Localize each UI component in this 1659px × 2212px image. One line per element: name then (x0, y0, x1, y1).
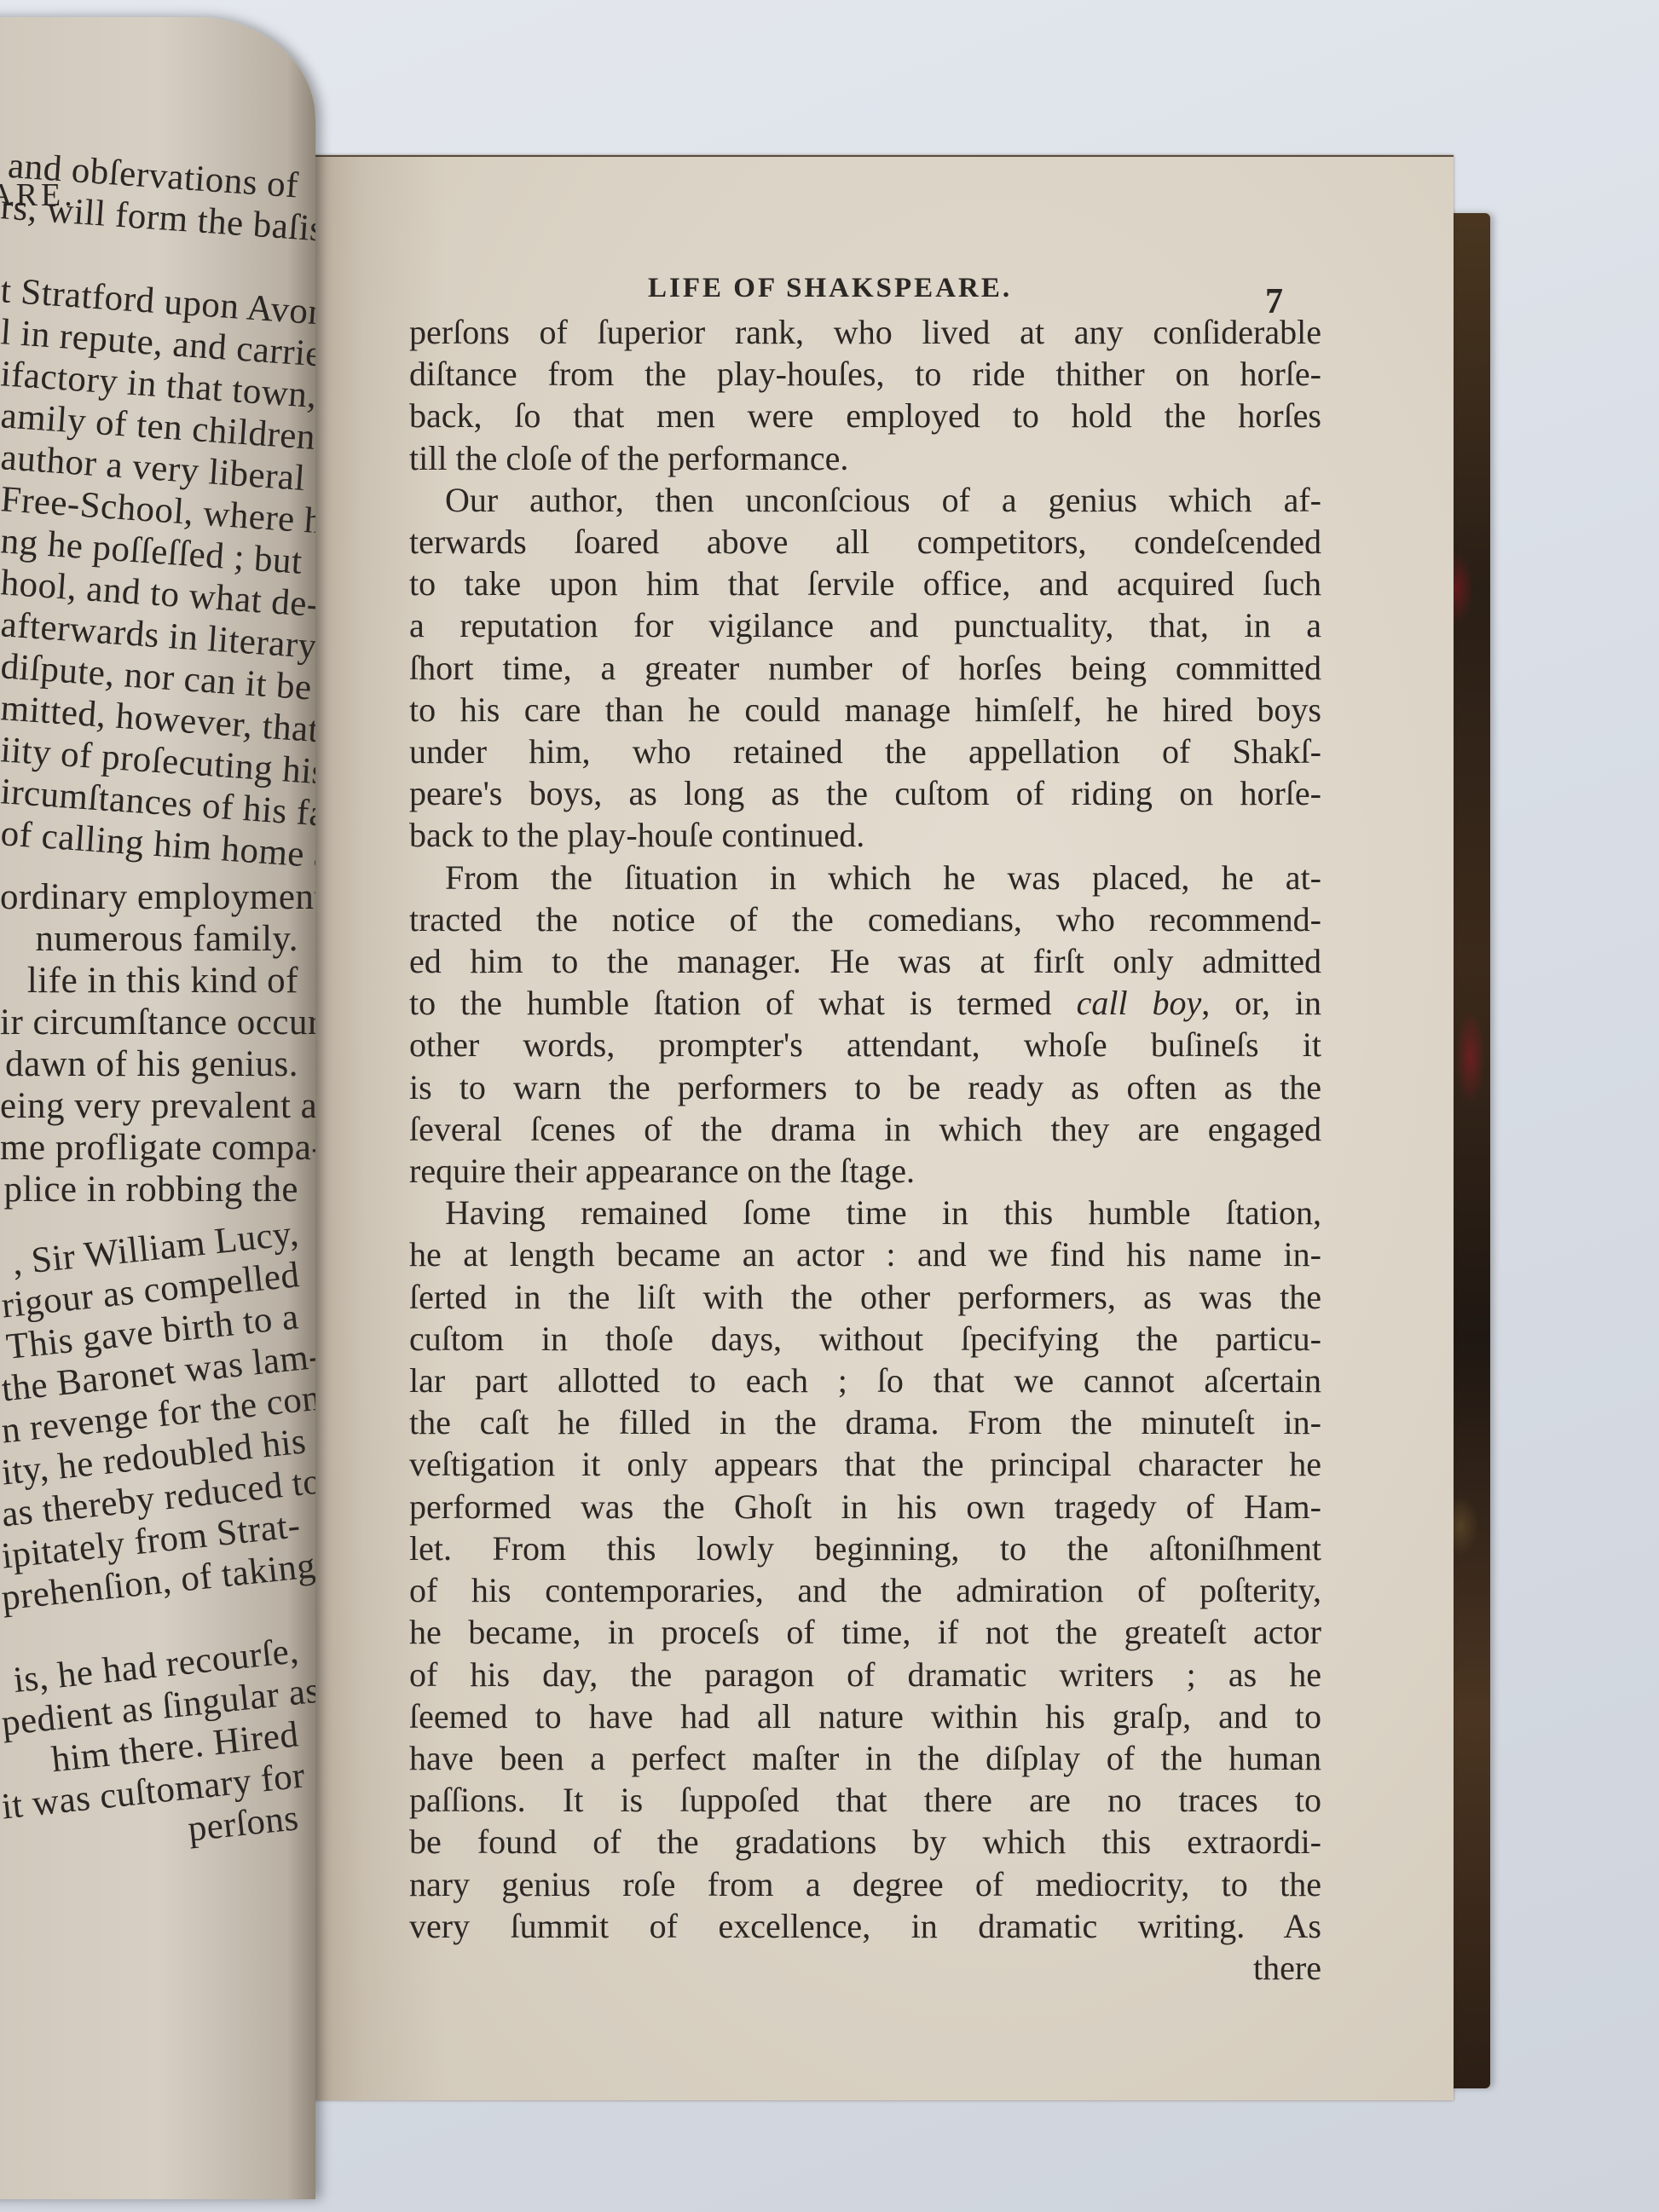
text-line: nary genius roſe from a degree of medioc… (409, 1863, 1321, 1905)
text-line: there (409, 1947, 1321, 1989)
page-body-text: perſons of ſuperior rank, who lived at a… (409, 311, 1321, 1989)
left-text-line: numerous family. (0, 918, 315, 960)
text-line: ed him to the manager. He was at firſt o… (409, 940, 1321, 982)
text-line: have been a perfect maſter in the diſpla… (409, 1737, 1321, 1779)
text-line: to the humble ſtation of what is termed … (409, 982, 1321, 1024)
text-line: he became, in proceſs of time, if not th… (409, 1611, 1321, 1653)
text-line: tracted the notice of the comedians, who… (409, 898, 1321, 940)
text-line: of his contemporaries, and the admiratio… (409, 1569, 1321, 1611)
text-line: a reputation for vigilance and punctuali… (409, 604, 1321, 646)
text-line: cuſtom in thoſe days, without ſpecifying… (409, 1318, 1321, 1360)
left-page-curled: EARE. and obſervations ofrs, will form t… (0, 17, 315, 2199)
text-line: veſtigation it only appears that the pri… (409, 1443, 1321, 1485)
text-line: he at length became an actor : and we fi… (409, 1233, 1321, 1275)
text-line: is to warn the performers to be ready as… (409, 1066, 1321, 1108)
left-text-line: ordinary employment, (0, 876, 315, 918)
text-line: paſſions. It is ſuppoſed that there are … (409, 1779, 1321, 1821)
text-line: other words, prompter's attendant, whoſe… (409, 1024, 1321, 1066)
text-line: the caſt he filled in the drama. From th… (409, 1401, 1321, 1443)
text-line: ſerted in the liſt with the other perfor… (409, 1276, 1321, 1318)
text-line: Having remained ſome time in this humble… (409, 1192, 1321, 1233)
text-line: to his care than he could manage himſelf… (409, 689, 1321, 731)
text-line: From the ſituation in which he was place… (409, 857, 1321, 898)
text-line: ſhort time, a greater number of horſes b… (409, 647, 1321, 689)
text-line: require their appearance on the ſtage. (409, 1150, 1321, 1192)
text-line: Our author, then unconſcious of a genius… (409, 479, 1321, 521)
text-line: terwards ſoared above all competitors, c… (409, 521, 1321, 563)
running-head: LIFE OF SHAKSPEARE. (648, 273, 1012, 304)
left-text-line: plice in robbing the (0, 1169, 315, 1210)
text-line: perſons of ſuperior rank, who lived at a… (409, 311, 1321, 353)
text-line: very ſummit of excellence, in dramatic w… (409, 1905, 1321, 1947)
text-line: under him, who retained the appellation … (409, 731, 1321, 772)
text-line: ſeemed to have had all nature within his… (409, 1695, 1321, 1737)
text-line: lar part allotted to each ; ſo that we c… (409, 1360, 1321, 1401)
text-line: be found of the gradations by which this… (409, 1821, 1321, 1863)
left-text-line: dawn of his genius. (0, 1043, 315, 1085)
left-text-line: me profligate compa- (0, 1127, 315, 1169)
text-line: ſeveral ſcenes of the drama in which the… (409, 1108, 1321, 1150)
text-line: of his day, the paragon of dramatic writ… (409, 1654, 1321, 1695)
text-line: to take upon him that ſervile office, an… (409, 563, 1321, 604)
text-line: back to the play-houſe continued. (409, 814, 1321, 856)
left-page-text: and obſervations ofrs, will form the baſ… (0, 166, 315, 1837)
text-line: back, ſo that men were employed to hold … (409, 395, 1321, 436)
text-line: peare's boys, as long as the cuſtom of r… (409, 772, 1321, 814)
text-line: let. From this lowly beginning, to the a… (409, 1528, 1321, 1569)
left-text-line: eing very prevalent at (0, 1085, 315, 1127)
text-line: performed was the Ghoſt in his own trage… (409, 1486, 1321, 1528)
text-line: diſtance from the play-houſes, to ride t… (409, 353, 1321, 395)
italic-term: call boy (1077, 984, 1202, 1022)
text-line: till the cloſe of the performance. (409, 437, 1321, 479)
left-text-line: life in this kind of (0, 960, 315, 1002)
left-text-line: ir circumſtance occur- (0, 1002, 315, 1043)
